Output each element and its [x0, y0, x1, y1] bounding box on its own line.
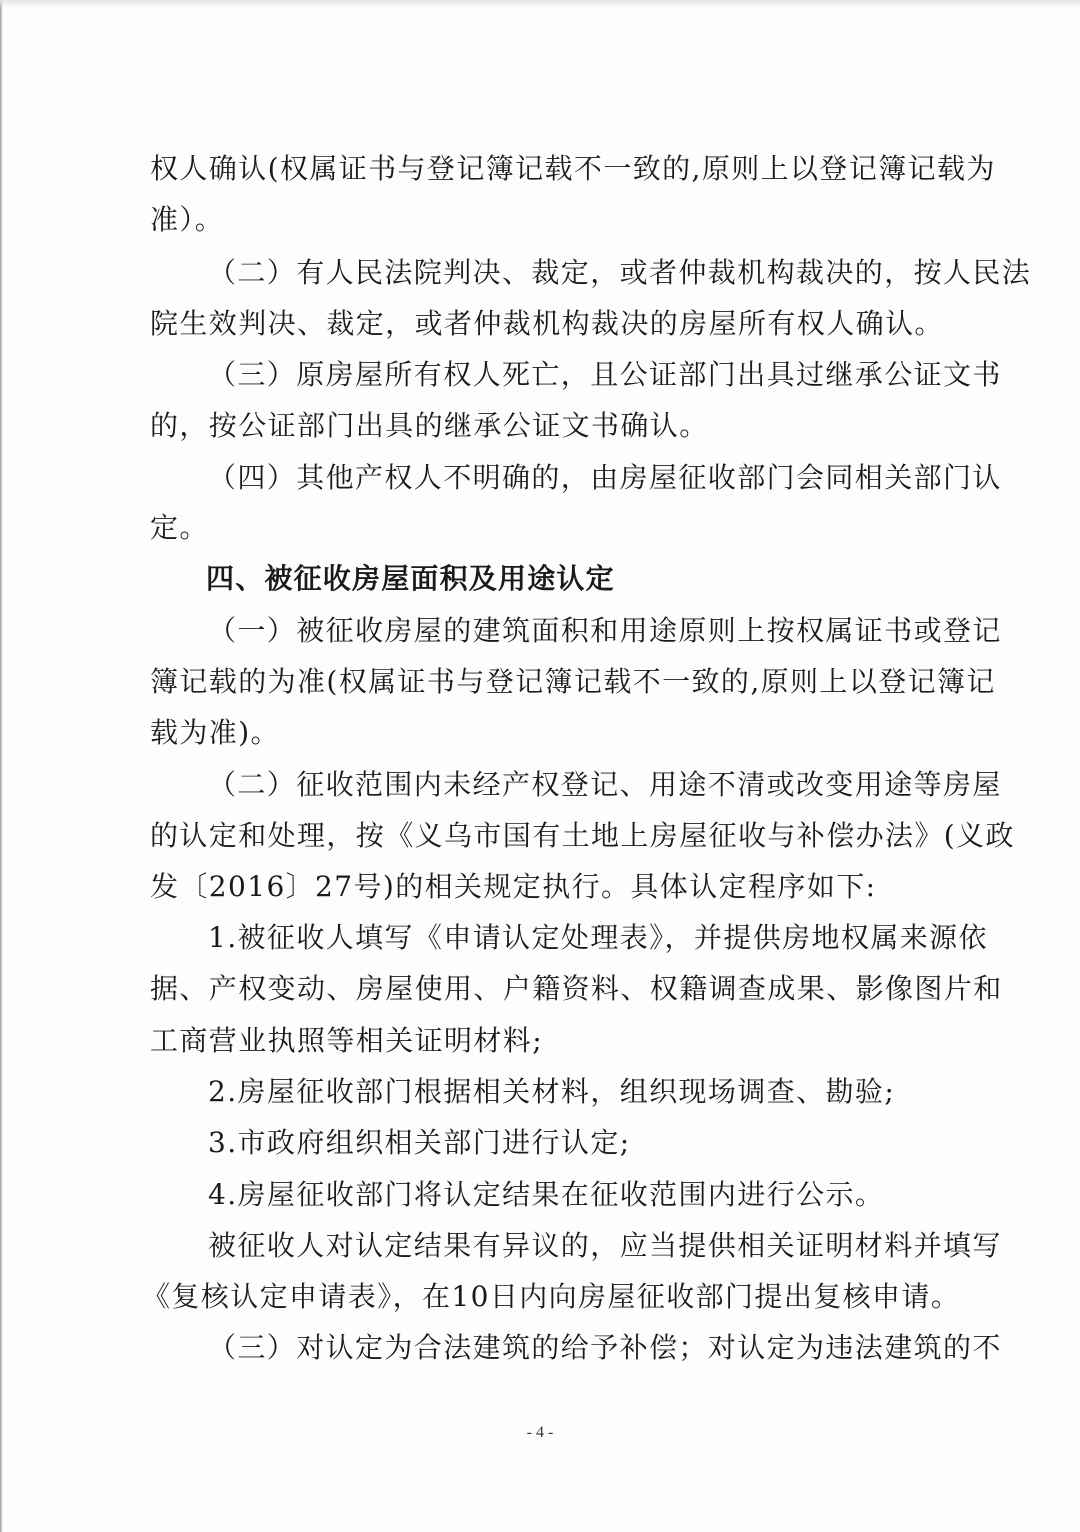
page-number: - 4 - [0, 1424, 1080, 1442]
list-item-line: 4.房屋征收部门将认定结果在征收范围内进行公示。 [208, 1178, 960, 1212]
list-item-line: 1.被征收人填写《申请认定处理表》，并提供房地权属来源依 [208, 921, 960, 955]
paragraph-line: （三）对认定为合法建筑的给予补偿；对认定为违法建筑的不 [208, 1331, 960, 1365]
paragraph-line: 的认定和处理，按《义乌市国有土地上房屋征收与补偿办法》(义政 [150, 819, 960, 853]
scan-top-shadow [0, 0, 1080, 8]
paragraph-line: 院生效判决、裁定，或者仲裁机构裁决的房屋所有权人确认。 [150, 307, 960, 341]
paragraph-line: 权人确认(权属证书与登记簿记载不一致的,原则上以登记簿记载为 [150, 152, 960, 186]
paragraph-line: 定。 [150, 511, 960, 545]
list-item-line: 据、产权变动、房屋使用、户籍资料、权籍调查成果、影像图片和 [150, 972, 960, 1006]
list-item-line: 3.市政府组织相关部门进行认定; [208, 1126, 960, 1160]
document-page: 权人确认(权属证书与登记簿记载不一致的,原则上以登记簿记载为 准）。 （二）有人… [0, 0, 1080, 1532]
paragraph-line: 准）。 [150, 203, 960, 237]
paragraph-line: （一）被征收房屋的建筑面积和用途原则上按权属证书或登记 [208, 614, 960, 648]
list-item-line: 2.房屋征收部门根据相关材料，组织现场调查、勘验; [208, 1075, 960, 1109]
scan-edge-shadow [0, 0, 3, 1532]
paragraph-line: 的，按公证部门出具的继承公证文书确认。 [150, 409, 960, 443]
paragraph-line: 发〔2016〕27号)的相关规定执行。具体认定程序如下: [150, 870, 960, 904]
section-heading: 四、被征收房屋面积及用途认定 [206, 562, 615, 596]
paragraph-line: 被征收人对认定结果有异议的，应当提供相关证明材料并填写 [208, 1229, 960, 1263]
paragraph-line: 簿记载的为准(权属证书与登记簿记载不一致的,原则上以登记簿记 [150, 665, 960, 699]
list-item-line: 工商营业执照等相关证明材料; [150, 1024, 960, 1058]
paragraph-line: （二）有人民法院判决、裁定，或者仲裁机构裁决的，按人民法 [208, 256, 960, 290]
paragraph-line: （二）征收范围内未经产权登记、用途不清或改变用途等房屋 [208, 768, 960, 802]
paragraph-line: （四）其他产权人不明确的，由房屋征收部门会同相关部门认 [208, 461, 960, 495]
paragraph-line: 载为准)。 [150, 716, 960, 750]
paragraph-line: （三）原房屋所有权人死亡，且公证部门出具过继承公证文书 [208, 358, 960, 392]
paragraph-line: 《复核认定申请表》，在10日内向房屋征收部门提出复核申请。 [142, 1280, 952, 1314]
